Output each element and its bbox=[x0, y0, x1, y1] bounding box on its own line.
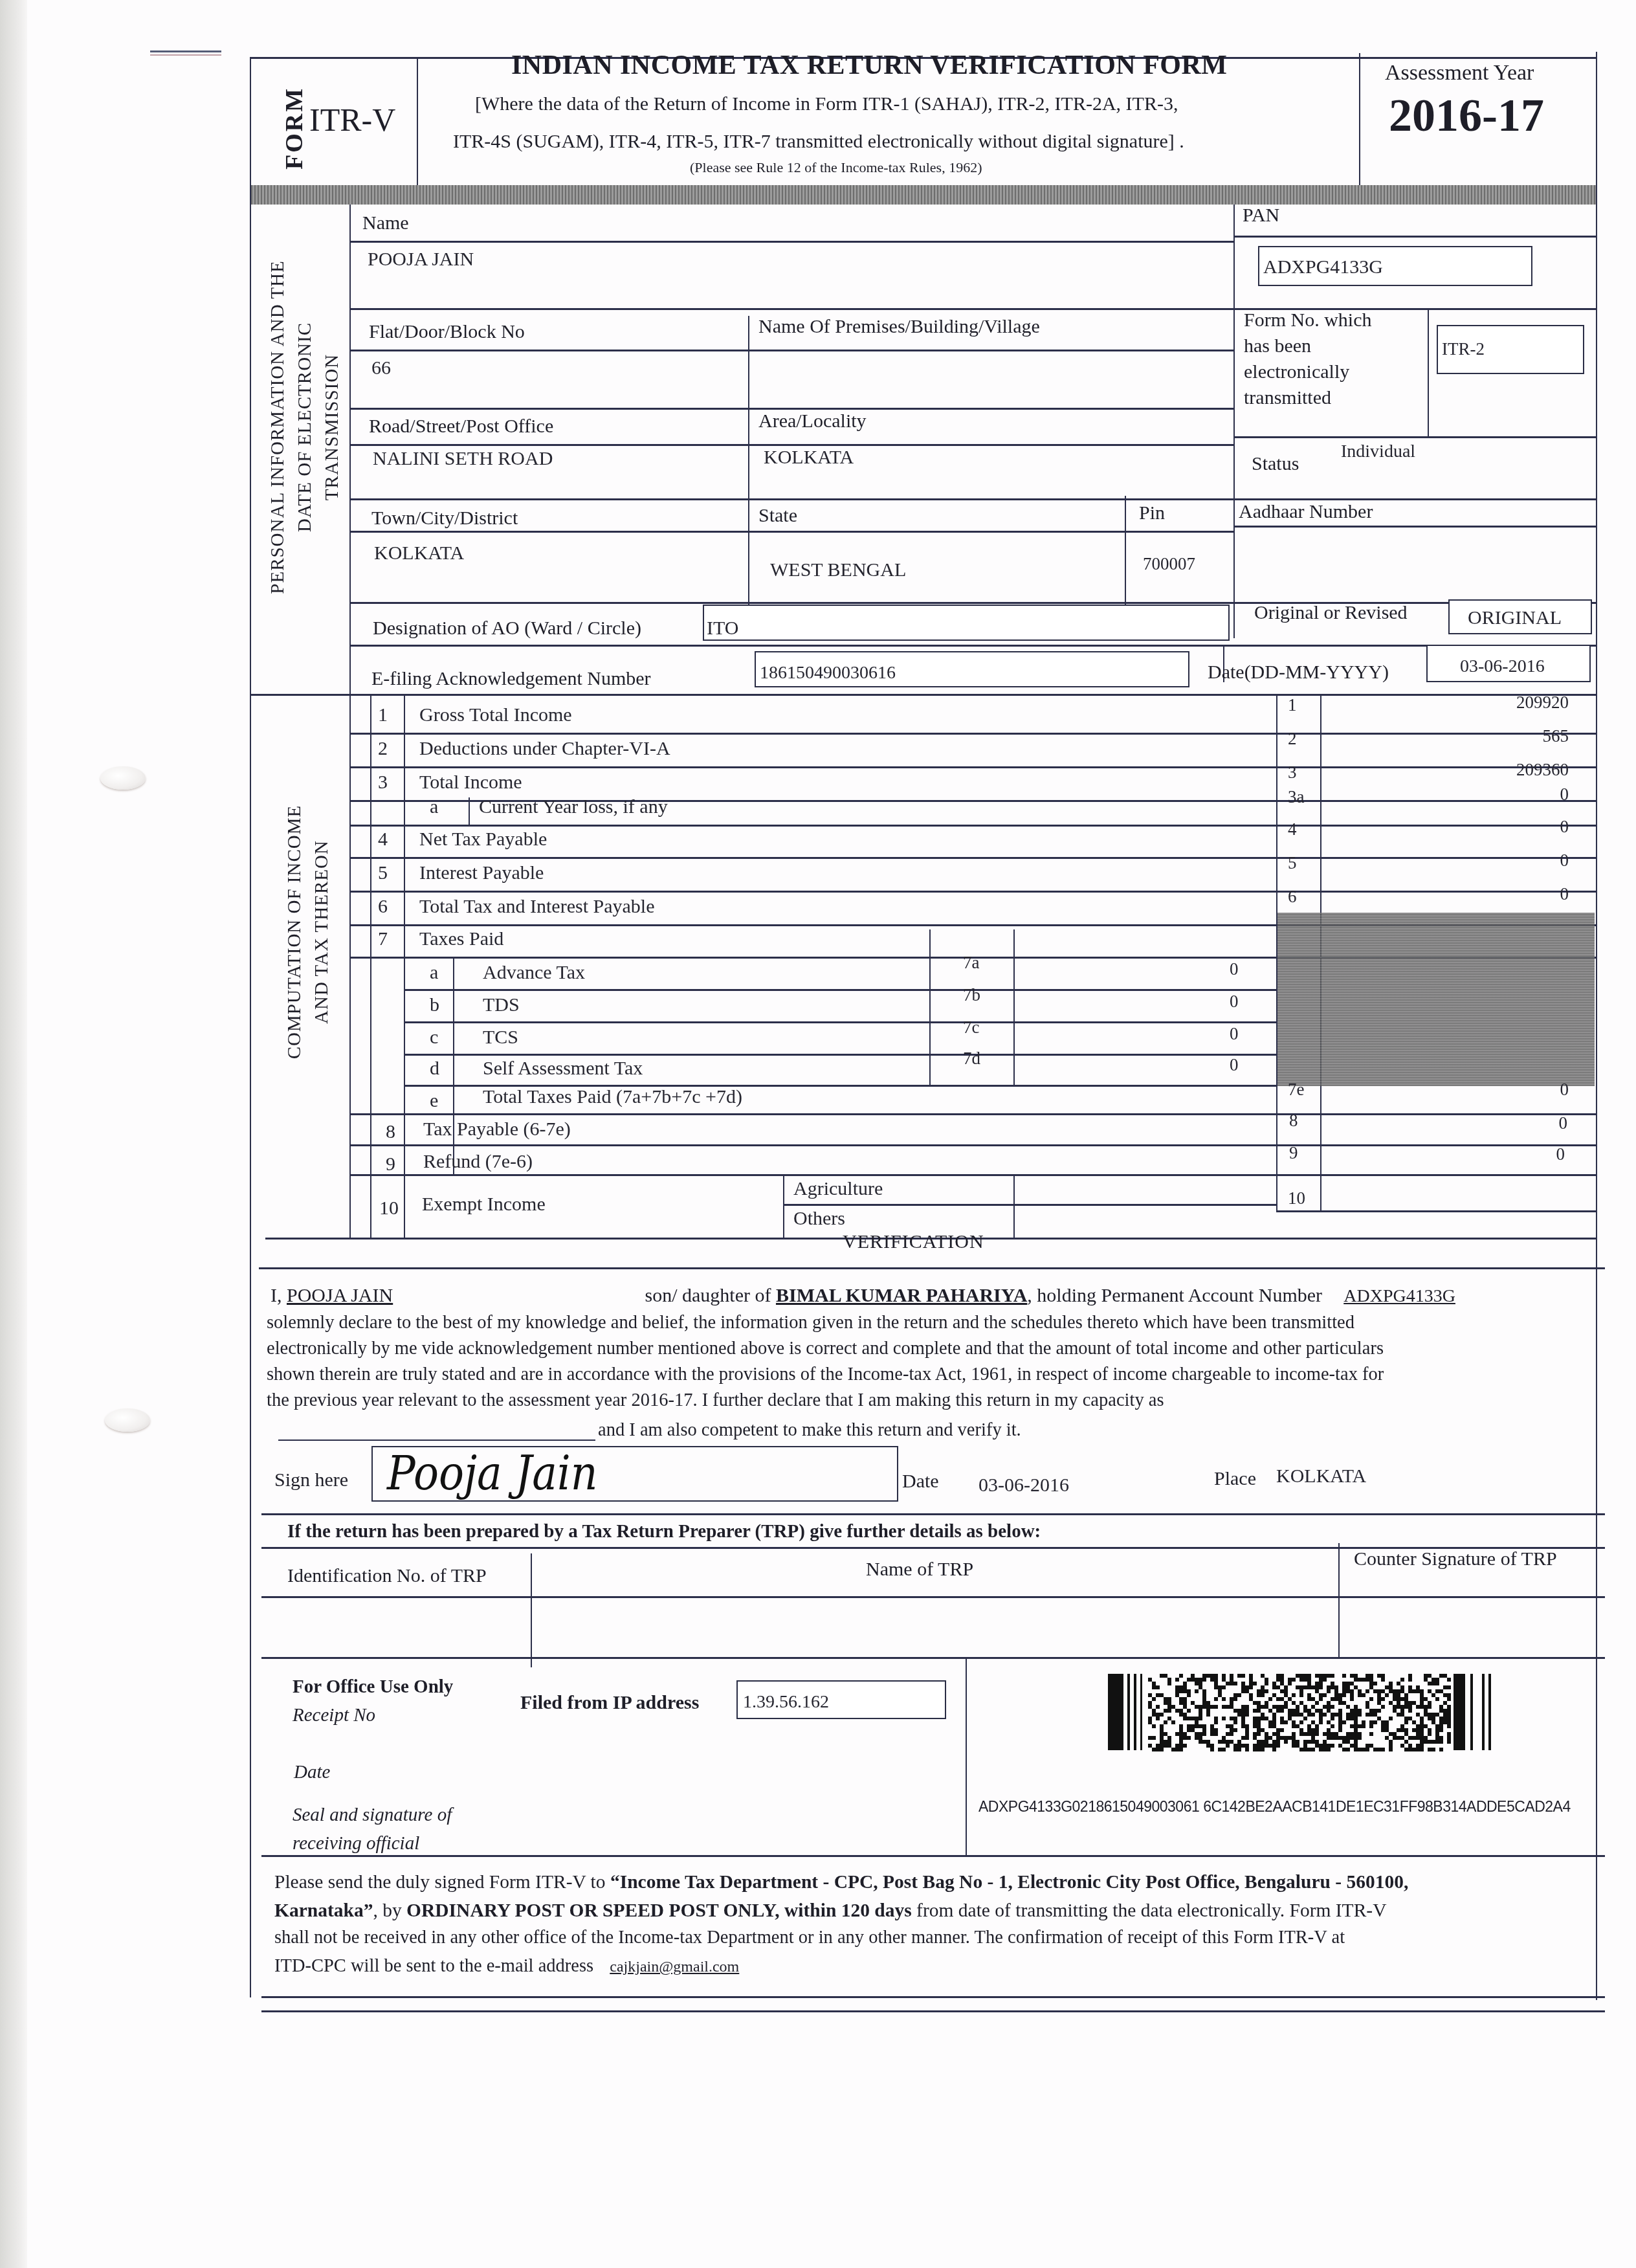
footer-line-1: Please send the duly signed Form ITR-V t… bbox=[274, 1869, 1408, 1895]
row-label: Net Tax Payable bbox=[419, 830, 547, 849]
subrow-code: 7d bbox=[963, 1050, 980, 1067]
subrow-value: 0 bbox=[1230, 961, 1239, 978]
scan-edge bbox=[0, 0, 27, 2268]
road-value: NALINI SETH ROAD bbox=[373, 449, 553, 469]
form-subtitle-2: ITR-4S (SUGAM), ITR-4, ITR-5, ITR-7 tran… bbox=[453, 132, 1184, 151]
row-label: Gross Total Income bbox=[419, 706, 572, 725]
barcode-text: ADXPG4133G0218615049003061 6C142BE2AACB1… bbox=[978, 1798, 1571, 1816]
verification-line-1: I, POOJA JAIN son/ daughter of BIMAL KUM… bbox=[271, 1283, 1472, 1309]
exempt-label: Exempt Income bbox=[422, 1195, 546, 1214]
aadhaar-label: Aadhaar Number bbox=[1239, 502, 1373, 522]
seal-label-2: receiving official bbox=[293, 1834, 419, 1853]
row-code: 1 bbox=[1288, 696, 1297, 714]
trp-id-label: Identification No. of TRP bbox=[287, 1566, 487, 1586]
ack-label: E-filing Acknowledgement Number bbox=[371, 669, 651, 689]
row-value: 209360 bbox=[1516, 761, 1569, 779]
road-label: Road/Street/Post Office bbox=[369, 417, 553, 436]
ao-label: Designation of AO (Ward / Circle) bbox=[373, 619, 641, 638]
subrow-label: TDS bbox=[483, 995, 520, 1015]
row-label: Current Year loss, if any bbox=[479, 797, 668, 817]
assessment-year: 2016-17 bbox=[1389, 92, 1544, 139]
personal-section-title: PERSONAL INFORMATION AND THE DATE OF ELE… bbox=[264, 220, 346, 634]
footer-line-4: ITD-CPC will be sent to the e-mail addre… bbox=[274, 1953, 1529, 1980]
subrow-value: 0 bbox=[1230, 993, 1239, 1010]
verification-title: VERIFICATION bbox=[843, 1232, 984, 1252]
form-no-label-3: electronically bbox=[1244, 362, 1349, 382]
premises-label: Name Of Premises/Building/Village bbox=[758, 317, 1040, 337]
row-label: Taxes Paid bbox=[419, 929, 503, 949]
verification-line-3: electronically by me vide acknowledgemen… bbox=[267, 1336, 1384, 1362]
flat-label: Flat/Door/Block No bbox=[369, 322, 525, 342]
row-value: 0 bbox=[1560, 786, 1569, 803]
capacity-blank bbox=[278, 1440, 595, 1441]
orig-rev-field: ORIGINAL bbox=[1448, 599, 1592, 634]
sign-here-label: Sign here bbox=[274, 1471, 348, 1490]
subrow-code: 7a bbox=[963, 954, 979, 972]
office-use-title: For Office Use Only bbox=[293, 1678, 453, 1696]
subrow-letter: d bbox=[430, 1059, 439, 1078]
verification-line-6: and I am also competent to make this ret… bbox=[598, 1417, 1021, 1443]
place-label: Place bbox=[1214, 1469, 1256, 1489]
tax-payable-value: 0 bbox=[1559, 1115, 1568, 1132]
footer-line-2: Karnataka”, by ORDINARY POST OR SPEED PO… bbox=[274, 1898, 1386, 1924]
row-code: 3 bbox=[1288, 764, 1297, 781]
trp-intro: If the return has been prepared by a Tax… bbox=[287, 1522, 1041, 1541]
area-label: Area/Locality bbox=[758, 412, 867, 431]
father-name: BIMAL KUMAR PAHARIYA bbox=[776, 1285, 1027, 1306]
punch-hole bbox=[100, 766, 146, 790]
form-no-field: ITR-2 bbox=[1437, 325, 1584, 374]
status-label: Status bbox=[1252, 454, 1299, 474]
flat-value: 66 bbox=[371, 359, 391, 378]
subrow-label: Self Assessment Tax bbox=[483, 1059, 643, 1078]
assessment-year-label: Assessment Year bbox=[1385, 62, 1534, 84]
total-taxes-label: Total Taxes Paid (7a+7b+7c +7d) bbox=[483, 1087, 742, 1107]
pan-field: ADXPG4133G bbox=[1258, 246, 1532, 286]
row-value: 0 bbox=[1560, 852, 1569, 869]
pin-value: 700007 bbox=[1143, 555, 1195, 573]
verification-line-2: solemnly declare to the best of my knowl… bbox=[267, 1310, 1354, 1336]
barcode-pdf417 bbox=[1108, 1674, 1522, 1750]
row-label: Total Income bbox=[419, 773, 522, 792]
row-number: 3 bbox=[378, 773, 388, 792]
form-title: INDIAN INCOME TAX RETURN VERIFICATION FO… bbox=[511, 52, 1227, 79]
row-value: 209920 bbox=[1516, 694, 1569, 711]
row-number: 4 bbox=[378, 830, 388, 849]
computation-section-title: COMPUTATION OF INCOME AND TAX THEREON bbox=[281, 790, 335, 1074]
area-value: KOLKATA bbox=[764, 448, 854, 467]
ip-field: 1.39.56.162 bbox=[736, 1680, 946, 1719]
name-value: POOJA JAIN bbox=[368, 250, 474, 269]
town-label: Town/City/District bbox=[371, 509, 518, 528]
subrow-letter: c bbox=[430, 1028, 438, 1047]
row-number: a bbox=[430, 797, 438, 817]
receipt-no-label: Receipt No bbox=[293, 1706, 375, 1725]
exempt-agriculture-label: Agriculture bbox=[793, 1179, 883, 1199]
sign-date-label: Date bbox=[902, 1472, 939, 1491]
total-taxes-letter: e bbox=[430, 1091, 438, 1111]
row-label: Total Tax and Interest Payable bbox=[419, 897, 654, 917]
ao-field: ITO bbox=[703, 605, 1230, 641]
subrow-letter: a bbox=[430, 963, 438, 983]
verification-pan: ADXPG4133G bbox=[1327, 1284, 1472, 1309]
shaded-area bbox=[1277, 913, 1595, 1086]
subrow-code: 7b bbox=[963, 986, 980, 1004]
seal-label-1: Seal and signature of bbox=[293, 1806, 452, 1825]
row-number: 5 bbox=[378, 863, 388, 883]
footer-line-3: shall not be received in any other offic… bbox=[274, 1925, 1345, 1951]
form-label: FORM bbox=[277, 87, 313, 170]
form-code: ITR-V bbox=[309, 104, 395, 136]
row-number: 7 bbox=[378, 929, 388, 949]
subrow-value: 0 bbox=[1230, 1056, 1239, 1074]
verification-line-5: the previous year relevant to the assess… bbox=[267, 1388, 1164, 1414]
ack-field: 186150490030616 bbox=[755, 651, 1189, 687]
row-value: 0 bbox=[1560, 885, 1569, 903]
trp-counter-signature-label: Counter Signature of TRP bbox=[1354, 1550, 1557, 1569]
punch-hole bbox=[105, 1408, 150, 1432]
declarant-name: POOJA JAIN bbox=[287, 1283, 640, 1309]
row-code: 3a bbox=[1288, 788, 1304, 806]
trp-name-label: Name of TRP bbox=[866, 1560, 973, 1579]
refund-code: 9 bbox=[1289, 1144, 1298, 1162]
refund-label: Refund (7e-6) bbox=[423, 1152, 533, 1172]
verification-line-4: shown therein are truly stated and are i… bbox=[267, 1362, 1384, 1388]
form-no-label-1: Form No. which bbox=[1244, 311, 1372, 330]
tax-payable-number: 8 bbox=[386, 1122, 395, 1142]
subrow-value: 0 bbox=[1230, 1025, 1239, 1043]
subrow-label: TCS bbox=[483, 1028, 518, 1047]
state-label: State bbox=[758, 506, 797, 526]
row-number: 1 bbox=[378, 706, 388, 725]
header-shade-band bbox=[251, 185, 1596, 205]
state-value: WEST BENGAL bbox=[770, 561, 906, 580]
ip-label: Filed from IP address bbox=[520, 1693, 699, 1713]
ack-date-label: Date(DD-MM-YYYY) bbox=[1208, 663, 1389, 682]
form-no-label-4: transmitted bbox=[1244, 388, 1331, 408]
signature-box[interactable]: Pooja Jain bbox=[371, 1446, 898, 1502]
row-number: 6 bbox=[378, 897, 388, 917]
exempt-number: 10 bbox=[379, 1199, 399, 1218]
row-code: 2 bbox=[1288, 730, 1297, 748]
refund-value: 0 bbox=[1556, 1146, 1565, 1163]
row-label: Deductions under Chapter-VI-A bbox=[419, 739, 670, 759]
row-code: 6 bbox=[1288, 888, 1297, 906]
place-value: KOLKATA bbox=[1276, 1467, 1366, 1486]
office-date-label: Date bbox=[294, 1763, 330, 1782]
form-no-label-2: has been bbox=[1244, 337, 1311, 356]
sign-date: 03-06-2016 bbox=[978, 1476, 1069, 1495]
row-value: 565 bbox=[1543, 728, 1569, 745]
email-address[interactable]: cajkjain@gmail.com bbox=[610, 1954, 1529, 1980]
pan-label: PAN bbox=[1243, 206, 1279, 225]
total-taxes-value: 0 bbox=[1560, 1081, 1569, 1098]
subrow-label: Advance Tax bbox=[483, 963, 585, 983]
exempt-code: 10 bbox=[1288, 1190, 1305, 1207]
row-value: 0 bbox=[1560, 818, 1569, 836]
name-label: Name bbox=[362, 214, 409, 233]
tax-payable-code: 8 bbox=[1289, 1112, 1298, 1129]
row-label: Interest Payable bbox=[419, 863, 544, 883]
subrow-code: 7c bbox=[963, 1019, 979, 1036]
signature: Pooja Jain bbox=[387, 1446, 597, 1500]
town-value: KOLKATA bbox=[374, 544, 464, 563]
orig-rev-label: Original or Revised bbox=[1254, 603, 1408, 623]
form-subtitle-1: [Where the data of the Return of Income … bbox=[475, 94, 1178, 114]
pin-label: Pin bbox=[1139, 504, 1165, 523]
staple-mark bbox=[150, 50, 221, 56]
ack-date-field: 03-06-2016 bbox=[1426, 645, 1591, 682]
subrow-letter: b bbox=[430, 995, 439, 1015]
row-number: 2 bbox=[378, 739, 388, 759]
status-value: Individual bbox=[1341, 443, 1415, 461]
row-code: 5 bbox=[1288, 854, 1297, 872]
row-code: 4 bbox=[1288, 821, 1297, 838]
tax-payable-label: Tax Payable (6-7e) bbox=[423, 1120, 571, 1139]
rule-note: (Please see Rule 12 of the Income-tax Ru… bbox=[690, 161, 982, 175]
total-taxes-code: 7e bbox=[1288, 1081, 1304, 1098]
exempt-others-label: Others bbox=[793, 1209, 845, 1228]
refund-number: 9 bbox=[386, 1155, 395, 1174]
